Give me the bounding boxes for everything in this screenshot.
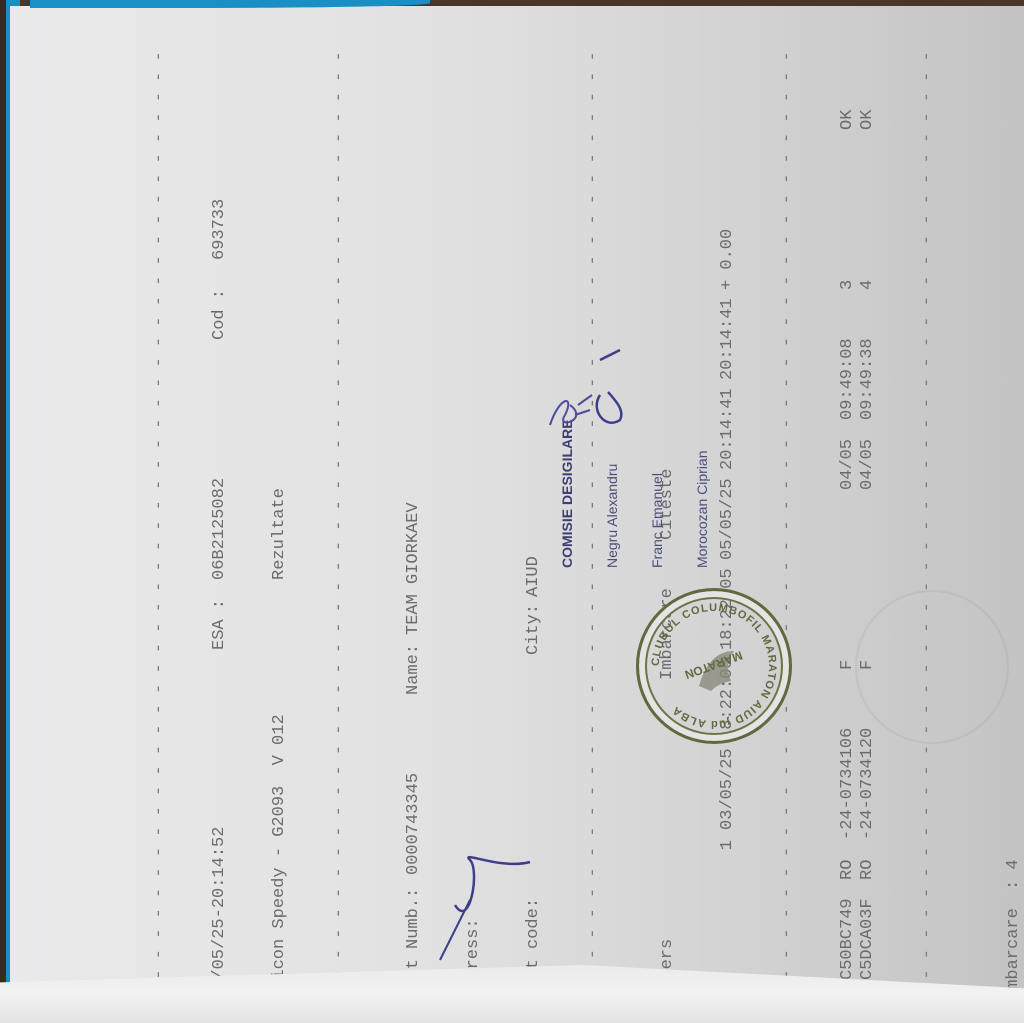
postcode-label: Post code: [524, 655, 544, 1000]
pigeon-emblem-icon: CLUBUL COLUMBOFIL MARATON AIUD jud ALBA … [639, 591, 789, 741]
print-datetime: 05/05/25-20:14:52 [210, 650, 230, 1000]
loft-value: 0000743345 [404, 695, 424, 875]
bird-date: 04/05 [838, 420, 858, 490]
section-title: Rezultate [270, 488, 290, 580]
time-offset: + 0.00 [718, 229, 738, 290]
bird-sex: F [858, 490, 878, 670]
bird-ring: C50BC749 [838, 880, 858, 980]
loft-line: Loft Numb.: 0000743345 Name: TEAM GIORKA… [404, 40, 424, 1000]
committee-member: Morocozan Ciprian [695, 419, 710, 568]
divider: - - - - - - - - - - - - - - - - - - - - … [330, 40, 350, 1000]
citeste-time-2: 20:14:41 [718, 290, 738, 380]
bird-sex: F [838, 490, 858, 670]
imbarcare-total-line: Imbarcare : 4 [1004, 40, 1024, 1000]
divider: - - - - - - - - - - - - - - - - - - - - … [150, 40, 170, 1000]
imbarcare-total-label: Imbarcare [1004, 890, 1024, 1000]
header-line-1: 05/05/25-20:14:52 ESA : 06B2125082 Cod :… [210, 40, 230, 1000]
bird-time: 09:49:38 [858, 290, 878, 420]
divider: - - - - - - - - - - - - - - - - - - - - … [778, 40, 798, 1000]
esa-label: ESA : [210, 580, 230, 650]
divider: - - - - - - - - - - - - - - - - - - - - … [918, 40, 938, 1000]
bird-date: 04/05 [858, 420, 878, 490]
committee-member: Negru Alexandru [605, 419, 620, 568]
bird-status: OK [858, 90, 878, 130]
committee-member: Franc Emanuel [650, 419, 665, 568]
cod-label: Cod : [210, 260, 230, 340]
bird-country: RO [858, 840, 878, 880]
bird-row: 1C50BC749RO-24-0734106F04/0509:49:083OK [838, 40, 858, 1000]
bird-ring: C5DCA03F [858, 880, 878, 980]
imbarcare-date: 03/05/25 [718, 740, 738, 830]
bird-number: -24-0734106 [838, 670, 858, 840]
city-label: City: [524, 597, 544, 655]
cod-value: 693733 [210, 199, 230, 260]
bird-country: RO [838, 840, 858, 880]
bird-number: -24-0734120 [858, 670, 878, 840]
bird-status: OK [838, 90, 858, 130]
bird-position: 3 [838, 130, 858, 290]
esa-value: 06B2125082 [210, 340, 230, 580]
bird-row: 2C5DCA03FRO-24-0734120F04/0509:49:384OK [858, 40, 878, 1000]
bird-position: 4 [858, 130, 878, 290]
committee-stamp: COMISIE DESIGILARE Negru Alexandru Franc… [530, 419, 725, 568]
bird-time: 09:49:08 [838, 290, 858, 420]
header-line-2: Bricon Speedy - G2093 V 012 Rezultate [270, 40, 290, 1000]
committee-title: COMISIE DESIGILARE [560, 419, 575, 568]
imbarcare-total-value: : 4 [1004, 859, 1024, 890]
club-seal: CLUBUL COLUMBOFIL MARATON AIUD jud ALBA … [636, 588, 792, 744]
address-line: Address: [464, 40, 484, 1000]
device-name: Bricon Speedy - G2093 V 012 [270, 580, 290, 1000]
name-value: TEAM GIORKAEV [404, 502, 424, 635]
bird-list: 1C50BC749RO-24-0734106F04/0509:49:083OK2… [838, 40, 878, 1000]
name-label: Name: [404, 635, 424, 695]
